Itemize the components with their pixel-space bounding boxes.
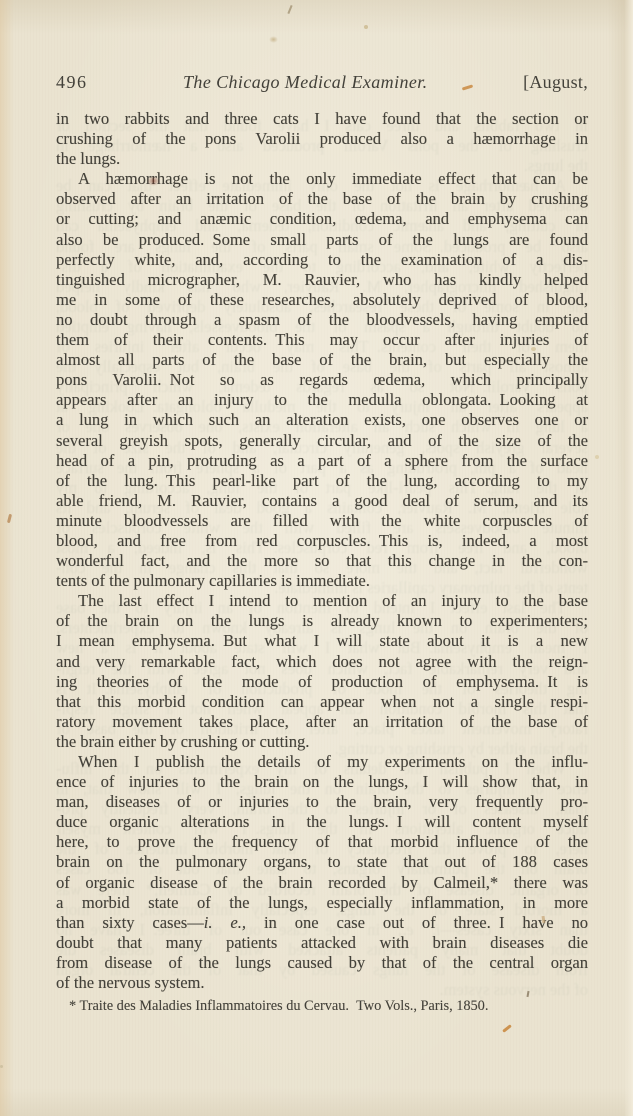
body-text: in two rabbits and three cats I have fou… — [56, 109, 588, 993]
text-line: the brain either by crushing or cutting. — [56, 732, 588, 752]
text-line: doubt that many patients attacked with b… — [56, 933, 588, 953]
text-line: ence of injuries to the brain on the lun… — [56, 772, 588, 792]
stain-mark — [502, 1024, 512, 1033]
text-line: of the nervous system. — [56, 973, 588, 993]
text-line: blood, and free from red corpuscles. Thi… — [56, 531, 588, 551]
text-line: head of a pin, protruding as a part of a… — [56, 451, 588, 471]
paper-speck — [595, 455, 599, 459]
text-line: here, to prove the frequency of that mor… — [56, 832, 588, 852]
text-line: ing theories of the mode of production o… — [56, 672, 588, 692]
text-line: in two rabbits and three cats I have fou… — [56, 109, 588, 129]
text-line: and very remarkable fact, which does not… — [56, 652, 588, 672]
text-line: pons Varolii. Not so as regards œdema, w… — [56, 370, 588, 390]
footnote: * Traite des Maladies Inflammatoires du … — [56, 997, 588, 1015]
running-header: 496 The Chicago Medical Examiner. [Augus… — [56, 72, 588, 96]
text-line: observed after an irritation of the base… — [56, 189, 588, 209]
text-line: perfectly white, and, according to the e… — [56, 250, 588, 270]
text-line: than sixty cases—i. e., in one case out … — [56, 913, 588, 933]
paper-speck — [0, 1065, 3, 1068]
text-line: When I publish the details of my experim… — [56, 752, 588, 772]
text-line: several greyish spots, generally circula… — [56, 431, 588, 451]
text-line: from disease of the lungs caused by that… — [56, 953, 588, 973]
stain-mark — [287, 5, 292, 14]
text-line: of the brain on the lungs is already kno… — [56, 611, 588, 631]
text-line: I mean emphysema. But what I will state … — [56, 631, 588, 651]
text-line: no doubt through a spasm of the bloodves… — [56, 310, 588, 330]
text-line: a morbid state of the lungs, especially … — [56, 893, 588, 913]
text-line: minute bloodvessels are filled with the … — [56, 511, 588, 531]
journal-title: The Chicago Medical Examiner. — [183, 72, 428, 93]
text-line: of the lung. This pearl-like part of the… — [56, 471, 588, 491]
text-line: brain on the pulmonary organs, to state … — [56, 852, 588, 872]
scanned-book-page: 496 The Chicago Medical Examiner. [Augus… — [0, 0, 633, 1116]
text-line: able friend, M. Rauvier, contains a good… — [56, 491, 588, 511]
text-line: also be produced. Some small parts of th… — [56, 230, 588, 250]
text-line: that this morbid condition can appear wh… — [56, 692, 588, 712]
text-line: a lung in which such an alteration exist… — [56, 410, 588, 430]
text-line: ratory movement takes place, after an ir… — [56, 712, 588, 732]
text-line: the lungs. — [56, 149, 588, 169]
text-line: of organic disease of the brain recorded… — [56, 873, 588, 893]
text-line: wonderful fact, and the more so that thi… — [56, 551, 588, 571]
text-line: crushing of the pons Varolii produced al… — [56, 129, 588, 149]
text-line: or cutting; and anæmic condition, œdema,… — [56, 209, 588, 229]
text-line: tinguished micrographer, M. Rauvier, who… — [56, 270, 588, 290]
text-line: The last effect I intend to mention of a… — [56, 591, 588, 611]
text-line: man, diseases of or injuries to the brai… — [56, 792, 588, 812]
stain-mark — [7, 514, 12, 523]
text-line: duce organic alterations in the lungs. I… — [56, 812, 588, 832]
text-line: tents of the pulmonary capillaries is im… — [56, 571, 588, 591]
text-line: almost all parts of the base of the brai… — [56, 350, 588, 370]
page-number: 496 — [56, 72, 88, 93]
text-line: them of their contents. This may occur a… — [56, 330, 588, 350]
text-line: me in some of these researches, absolute… — [56, 290, 588, 310]
issue-month-label: [August, — [523, 72, 588, 93]
text-line: A hæmorrhage is not the only immediate e… — [56, 169, 588, 189]
paper-speck — [364, 25, 368, 29]
paper-speck — [269, 36, 278, 43]
text-line: appears after an injury to the medulla o… — [56, 390, 588, 410]
